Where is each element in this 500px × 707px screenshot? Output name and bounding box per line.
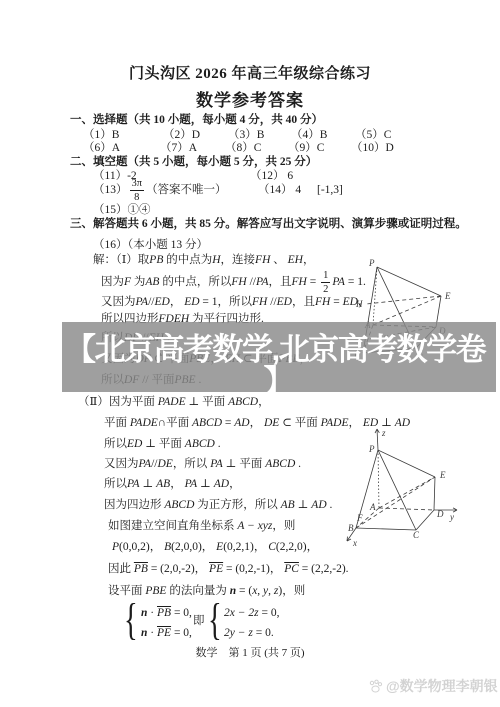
text-segment: 如图建立空间直角坐标系	[108, 520, 237, 532]
text-segment: (0,0,2)，	[119, 541, 164, 553]
text-segment: ⊥ 平面	[223, 458, 265, 470]
text-segment: PA	[136, 296, 149, 308]
problem-16-heading: （16）（本小题 13 分）	[93, 238, 208, 252]
text-segment: PA	[332, 276, 345, 288]
text-segment: AB	[145, 276, 159, 288]
text-segment: （4）B	[291, 129, 327, 141]
text-segment: PADE	[130, 417, 158, 429]
text-segment: = (0,2,-1)，	[223, 563, 284, 575]
text-segment: ，则	[272, 520, 295, 532]
text-segment: PBE	[145, 585, 166, 597]
text-segment: 因此	[108, 563, 134, 575]
text-segment: PC	[284, 563, 299, 575]
equation-line: n · PE = 0,	[141, 626, 192, 640]
text-segment: AD	[234, 417, 249, 429]
text-segment: 、	[270, 254, 287, 266]
text-segment: ED	[127, 438, 142, 450]
text-segment: ED	[154, 296, 169, 308]
text-segment: ，	[229, 478, 241, 490]
text-segment: ED	[184, 296, 199, 308]
text-segment: （6）A	[83, 142, 120, 154]
text-segment: 又因为	[104, 458, 139, 470]
solution-line: 平面 PADE∩平面 ABCD = AD， DE ⊂ 平面 PADE， ED ⊥…	[104, 416, 410, 430]
text-segment: ，连接	[221, 254, 256, 266]
text-segment: (2,2,0)，	[276, 541, 318, 553]
fraction: 12	[321, 270, 330, 295]
text-segment: 的中点为	[163, 254, 212, 266]
text-segment: ，	[170, 296, 184, 308]
text-segment: =	[307, 276, 319, 288]
text-segment: = 0,	[171, 607, 192, 619]
equation-line: 2x − 2z = 0,	[224, 606, 279, 620]
text-segment: 平面	[104, 417, 130, 429]
text-segment: 又因为	[101, 296, 136, 308]
text-segment: ED	[343, 296, 358, 308]
text-segment: (0,2,1)，	[223, 541, 268, 553]
text-segment: ，	[170, 478, 184, 490]
text-segment: ·	[147, 627, 157, 639]
text-segment: （9）C	[288, 142, 324, 154]
text-segment: （答案不唯一）	[146, 184, 227, 196]
text-segment: 即	[193, 615, 205, 627]
text-segment: （5）C	[355, 129, 391, 141]
solution-line: 因为四边形 ABCD 为正方形，所以 AB ⊥ AD .	[104, 498, 332, 512]
text-segment: 为	[131, 276, 145, 288]
text-segment: 三、解答题共 6 小题，共 85 分。解答应写出文字说明、演算步骤或证明过程。	[70, 218, 467, 230]
text-segment: 的中点，所以	[159, 276, 231, 288]
text-segment: = 1.	[345, 276, 366, 288]
text-segment: ，	[348, 417, 362, 429]
text-segment: FH	[315, 296, 330, 308]
text-segment: （1）B	[83, 129, 119, 141]
text-segment: = 0.	[253, 627, 274, 639]
text-segment: PA	[256, 276, 269, 288]
text-segment: 为正方形，所以	[194, 499, 280, 511]
text-segment: AB	[281, 499, 295, 511]
corner-watermark-text: @数学物理李朝银	[386, 676, 498, 696]
solution-line: P(0,0,2)， B(2,0,0)， E(0,2,1)， C(2,2,0)，	[112, 540, 318, 554]
text-segment: 因为	[101, 276, 124, 288]
text-segment: 二、填空题（共 5 小题，每小题 5 分，共 25 分）	[70, 156, 317, 168]
text-segment: P	[112, 541, 119, 553]
text-segment: ⊥	[140, 478, 157, 490]
watermark-banner: 【北京高考数学,北京高考数学卷 】	[62, 322, 496, 392]
text-segment: ⊥	[295, 499, 312, 511]
text-segment: 解：（Ⅰ）取	[93, 254, 149, 266]
page-footer: 数学 第 1 页 (共 7 页)	[0, 644, 500, 660]
text-segment: .	[215, 438, 221, 450]
text-segment: ·	[147, 607, 157, 619]
text-segment: （10）D	[351, 142, 394, 154]
system-brace-right: {	[208, 599, 222, 641]
text-segment: 所以	[104, 438, 127, 450]
text-segment: FH	[255, 254, 270, 266]
solution-line: 因为F 为AB 的中点，所以FH //PA，且FH = 12PA = 1.	[101, 270, 366, 295]
answer-12: （12） 6	[250, 169, 293, 183]
text-segment: （15）①④	[93, 204, 151, 216]
text-segment: {	[208, 595, 222, 644]
text-segment: （2）D	[163, 129, 200, 141]
solution-line: 如图建立空间直角坐标系 A − xyz，则	[108, 519, 295, 533]
text-segment: //	[247, 276, 256, 288]
text-segment: .	[327, 499, 333, 511]
text-segment: 2x − 2z	[224, 607, 259, 619]
text-segment: （7）A	[160, 142, 197, 154]
text-segment: （13）	[93, 184, 128, 196]
fraction: 3π8	[130, 178, 145, 203]
text-segment: FH	[292, 276, 307, 288]
text-segment: H	[212, 254, 220, 266]
text-segment: ⊂ 平面	[279, 417, 320, 429]
text-segment: ∩平面	[158, 417, 192, 429]
text-segment: ⊥ 平面	[142, 438, 184, 450]
answer-15: （15）①④	[93, 203, 151, 217]
text-segment: ，且	[269, 276, 292, 288]
text-segment: FH	[231, 276, 246, 288]
text-segment: (2,0,0)，	[171, 541, 216, 553]
text-segment: PE	[209, 563, 223, 575]
text-segment: //	[267, 296, 276, 308]
text-segment: 2y − z	[224, 627, 253, 639]
text-segment: （3）B	[228, 129, 264, 141]
text-segment: PA	[139, 458, 152, 470]
text-segment: ED	[277, 296, 292, 308]
solution-line: 所以PA ⊥ AB， PA ⊥ AD，	[104, 477, 241, 491]
solution-line: 因此 PB = (2,0,-2)， PE = (0,2,-1)， PC = (2…	[108, 562, 349, 576]
text-segment: ED	[363, 417, 378, 429]
corner-watermark: @数学物理李朝银	[368, 676, 498, 696]
text-segment: FH	[252, 296, 267, 308]
text-segment: ，	[358, 296, 370, 308]
answer-7: （7）A	[160, 141, 197, 155]
text-segment: ，且	[292, 296, 315, 308]
text-segment: （8）C	[225, 142, 261, 154]
text-segment: DE	[264, 417, 279, 429]
section-solution-heading: 三、解答题共 6 小题，共 85 分。解答应写出文字说明、演算步骤或证明过程。	[70, 217, 467, 231]
text-segment: 所以	[104, 478, 127, 490]
answer-6: （6）A	[83, 141, 120, 155]
section-choice-heading: 一、选择题（共 10 小题，每小题 4 分，共 40 分）	[70, 113, 323, 127]
text-segment: F	[124, 276, 131, 288]
text-segment: )，则	[278, 585, 305, 597]
text-segment: PADE	[321, 417, 349, 429]
text-segment: PA	[210, 458, 223, 470]
text-segment: （14） 4	[258, 184, 301, 196]
text-segment: ，所以	[173, 458, 210, 470]
text-segment: （12） 6	[250, 170, 293, 182]
text-segment: ABCD	[185, 438, 215, 450]
solution-line: 又因为PA//ED， ED = 1，所以FH //ED，且FH = ED，	[101, 295, 369, 309]
text-segment: PB	[149, 254, 163, 266]
equation-connector: 即	[193, 614, 205, 628]
text-segment: AD	[214, 478, 229, 490]
text-segment: PE	[157, 627, 171, 639]
text-segment: AD	[395, 417, 410, 429]
text-segment: C	[268, 541, 276, 553]
equation-line: n · PB = 0,	[141, 606, 192, 620]
text-segment: A − xyz	[237, 520, 272, 532]
text-segment: = (2,0,-2)，	[148, 563, 209, 575]
answer-13: （13）3π8（答案不唯一）	[93, 178, 227, 203]
text-segment: = 0,	[171, 627, 192, 639]
text-segment: PA	[127, 478, 140, 490]
text-segment: = 1，所以	[200, 296, 253, 308]
text-segment: 一、选择题（共 10 小题，每小题 4 分，共 40 分）	[70, 114, 323, 126]
answer-10: （10）D	[351, 141, 394, 155]
section-blank-heading: 二、填空题（共 5 小题，每小题 5 分，共 25 分）	[70, 155, 317, 169]
watermark-text-line2: 】	[62, 356, 496, 401]
text-segment: = (	[236, 585, 252, 597]
text-segment: ⊥	[378, 417, 395, 429]
solution-line: 所以ED ⊥ 平面 ABCD .	[104, 437, 221, 451]
answer-14b: [-1,3]	[317, 183, 343, 197]
paw-icon	[368, 679, 383, 694]
text-segment: ，	[303, 254, 315, 266]
text-segment: PA	[185, 478, 198, 490]
text-segment: ABCD	[265, 458, 295, 470]
text-segment: =	[330, 296, 342, 308]
text-segment: = (2,2,-2).	[299, 563, 349, 575]
solution-line: 解：（Ⅰ）取PB 的中点为H，连接FH 、 EH，	[93, 253, 314, 267]
text-segment: EH	[288, 254, 303, 266]
text-segment: {	[124, 595, 138, 644]
equation-line: 2y − z = 0.	[224, 626, 274, 640]
text-segment: 因为四边形	[104, 499, 164, 511]
answer-8: （8）C	[225, 141, 261, 155]
text-segment: =	[222, 417, 234, 429]
text-segment: ⊥	[197, 478, 214, 490]
text-segment: .	[295, 458, 301, 470]
text-segment: = 0,	[259, 607, 280, 619]
text-segment: ABCD	[164, 499, 194, 511]
text-segment: DE	[157, 458, 172, 470]
text-segment: AB	[156, 478, 170, 490]
text-segment: AD	[311, 499, 326, 511]
text-segment: [-1,3]	[317, 184, 343, 196]
text-segment: ABCD	[192, 417, 222, 429]
solution-line: 又因为PA//DE，所以 PA ⊥ 平面 ABCD .	[104, 457, 301, 471]
text-segment: PB	[134, 563, 148, 575]
text-segment: PB	[157, 607, 171, 619]
document-page: 门头沟区 2026 年高三年级综合练习 数学参考答案 PEHADCBzyxPEA…	[0, 0, 500, 707]
answer-14: （14） 4	[258, 183, 301, 197]
text-segment: ，	[250, 417, 264, 429]
system-brace-left: {	[124, 599, 138, 641]
answer-9: （9）C	[288, 141, 324, 155]
text-segment: （16）（本小题 13 分）	[93, 239, 208, 251]
